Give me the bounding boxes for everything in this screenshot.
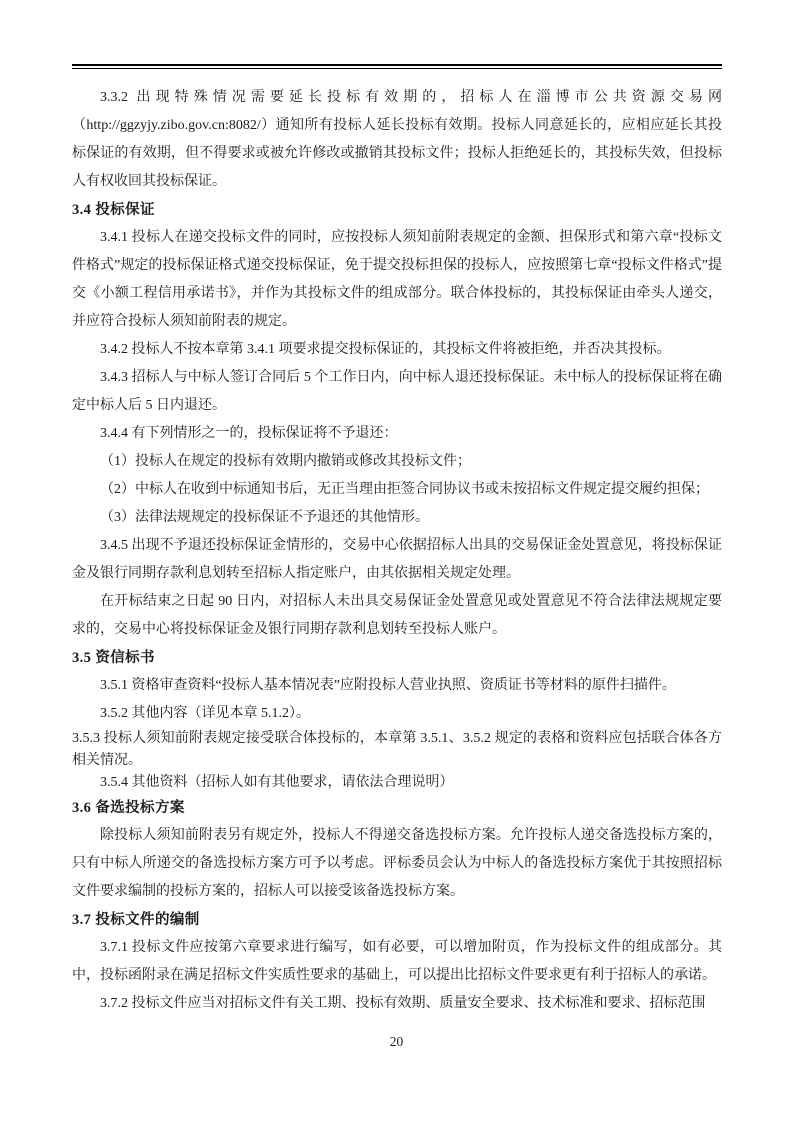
clause-3-5-3: 3.5.3 投标人须知前附表规定接受联合体投标的，本章第 3.5.1、3.5.2… bbox=[72, 728, 722, 772]
clause-3-4-3: 3.4.3 招标人与中标人签订合同后 5 个工作日内，向中标人退还投标保证。未中… bbox=[72, 364, 722, 420]
list-item-3: （3）法律法规规定的投标保证不予退还的其他情形。 bbox=[72, 504, 722, 532]
list-item-2: （2）中标人在收到中标通知书后，无正当理由拒签合同协议书或未按招标文件规定提交履… bbox=[72, 476, 722, 504]
clause-3-5-1: 3.5.1 资格审查资料“投标人基本情况表”应附投标人营业执照、资质证书等材料的… bbox=[72, 672, 722, 700]
clause-deposit-return: 在开标结束之日起 90 日内，对招标人未出具交易保证金处置意见或处置意见不符合法… bbox=[72, 588, 722, 644]
clause-3-3-2: 3.3.2 出现特殊情况需要延长投标有效期的，招标人在淄博市公共资源交易网（ht… bbox=[72, 84, 722, 196]
clause-3-6-body: 除投标人须知前附表另有规定外，投标人不得递交备选投标方案。允许投标人递交备选投标… bbox=[72, 822, 722, 906]
clause-3-5-4: 3.5.4 其他资料（招标人如有其他要求，请依法合理说明） bbox=[72, 772, 722, 794]
section-heading-3-7: 3.7 投标文件的编制 bbox=[72, 906, 722, 934]
list-item-1: （1）投标人在规定的投标有效期内撤销或修改其投标文件； bbox=[72, 448, 722, 476]
section-heading-3-5: 3.5 资信标书 bbox=[72, 644, 722, 672]
section-heading-3-4: 3.4 投标保证 bbox=[72, 196, 722, 224]
clause-3-4-2: 3.4.2 投标人不按本章第 3.4.1 项要求提交投标保证的，其投标文件将被拒… bbox=[72, 336, 722, 364]
document-page: 3.3.2 出现特殊情况需要延长投标有效期的，招标人在淄博市公共资源交易网（ht… bbox=[0, 0, 793, 1122]
clause-3-4-1: 3.4.1 投标人在递交投标文件的同时，应按投标人须知前附表规定的金额、担保形式… bbox=[72, 224, 722, 336]
clause-3-7-1: 3.7.1 投标文件应按第六章要求进行编写，如有必要，可以增加附页，作为投标文件… bbox=[72, 934, 722, 990]
page-number: 20 bbox=[0, 1034, 793, 1050]
clause-3-4-4: 3.4.4 有下列情形之一的，投标保证将不予退还： bbox=[72, 420, 722, 448]
section-heading-3-6: 3.6 备选投标方案 bbox=[72, 794, 722, 822]
document-body: 3.3.2 出现特殊情况需要延长投标有效期的，招标人在淄博市公共资源交易网（ht… bbox=[72, 84, 722, 1018]
header-rule bbox=[72, 64, 722, 69]
clause-3-5-2: 3.5.2 其他内容（详见本章 5.1.2）。 bbox=[72, 700, 722, 728]
clause-3-7-2: 3.7.2 投标文件应当对招标文件有关工期、投标有效期、质量安全要求、技术标准和… bbox=[72, 990, 722, 1018]
clause-3-4-5: 3.4.5 出现不予退还投标保证金情形的，交易中心依据招标人出具的交易保证金处置… bbox=[72, 532, 722, 588]
